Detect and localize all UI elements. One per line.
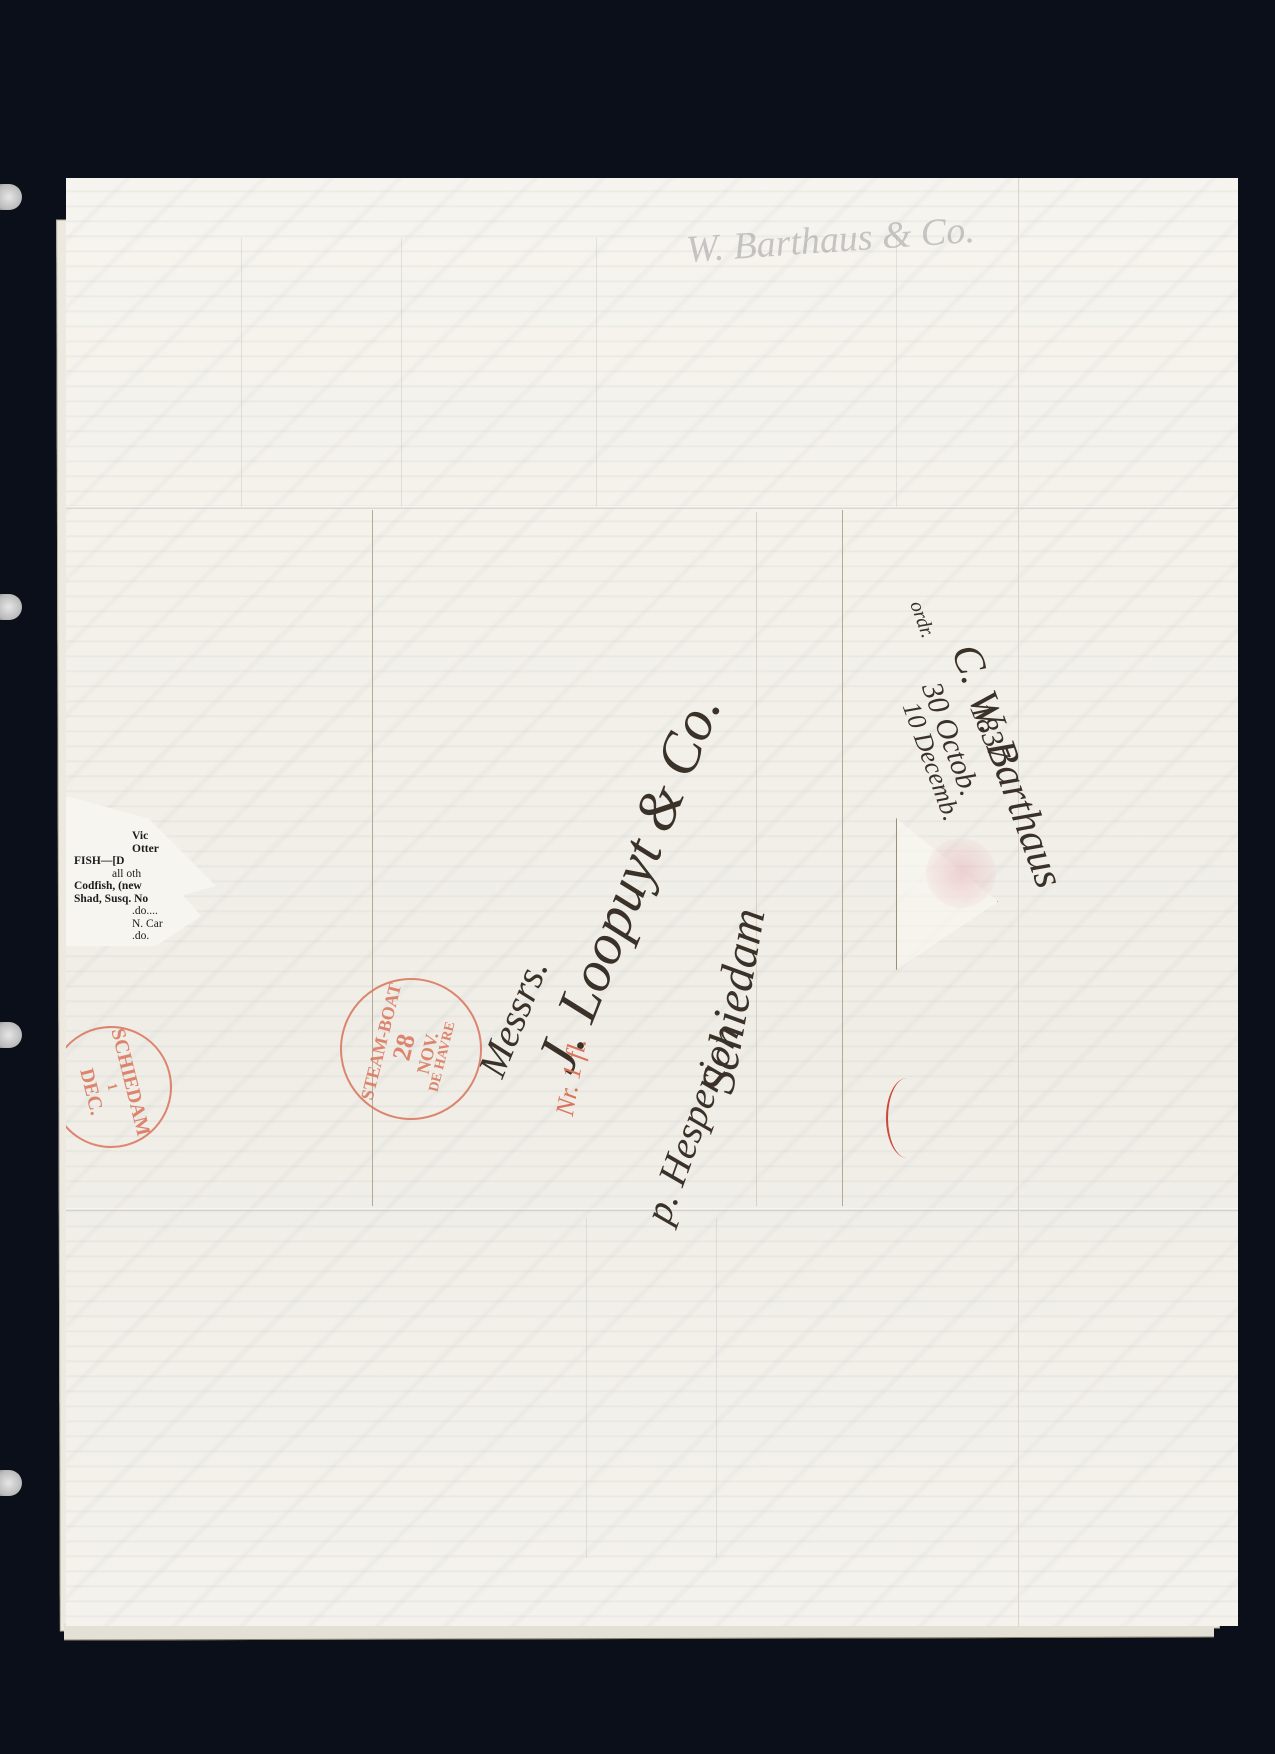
wax-seal-remnant	[926, 838, 996, 908]
column-rule	[586, 1218, 587, 1558]
column-rule	[241, 238, 242, 508]
column-rule	[716, 1218, 717, 1558]
fold-line	[1018, 178, 1020, 1626]
newspaper-fragment: VicOtterFISH—[Dall othCodfish, (newShad,…	[74, 830, 163, 943]
binder-hole	[0, 1470, 22, 1496]
panel-edge	[756, 512, 757, 1206]
column-rule	[596, 238, 597, 508]
binder-hole	[0, 1022, 22, 1048]
binder-hole	[0, 184, 22, 210]
column-rule	[401, 238, 402, 508]
column-rule	[896, 238, 897, 508]
panel-edge	[842, 510, 843, 1206]
fold-line	[66, 506, 1238, 509]
folded-letter: VicOtterFISH—[Dall othCodfish, (newShad,…	[66, 178, 1238, 1626]
red-crayon-arc	[886, 1078, 928, 1158]
binder-hole	[0, 594, 22, 620]
